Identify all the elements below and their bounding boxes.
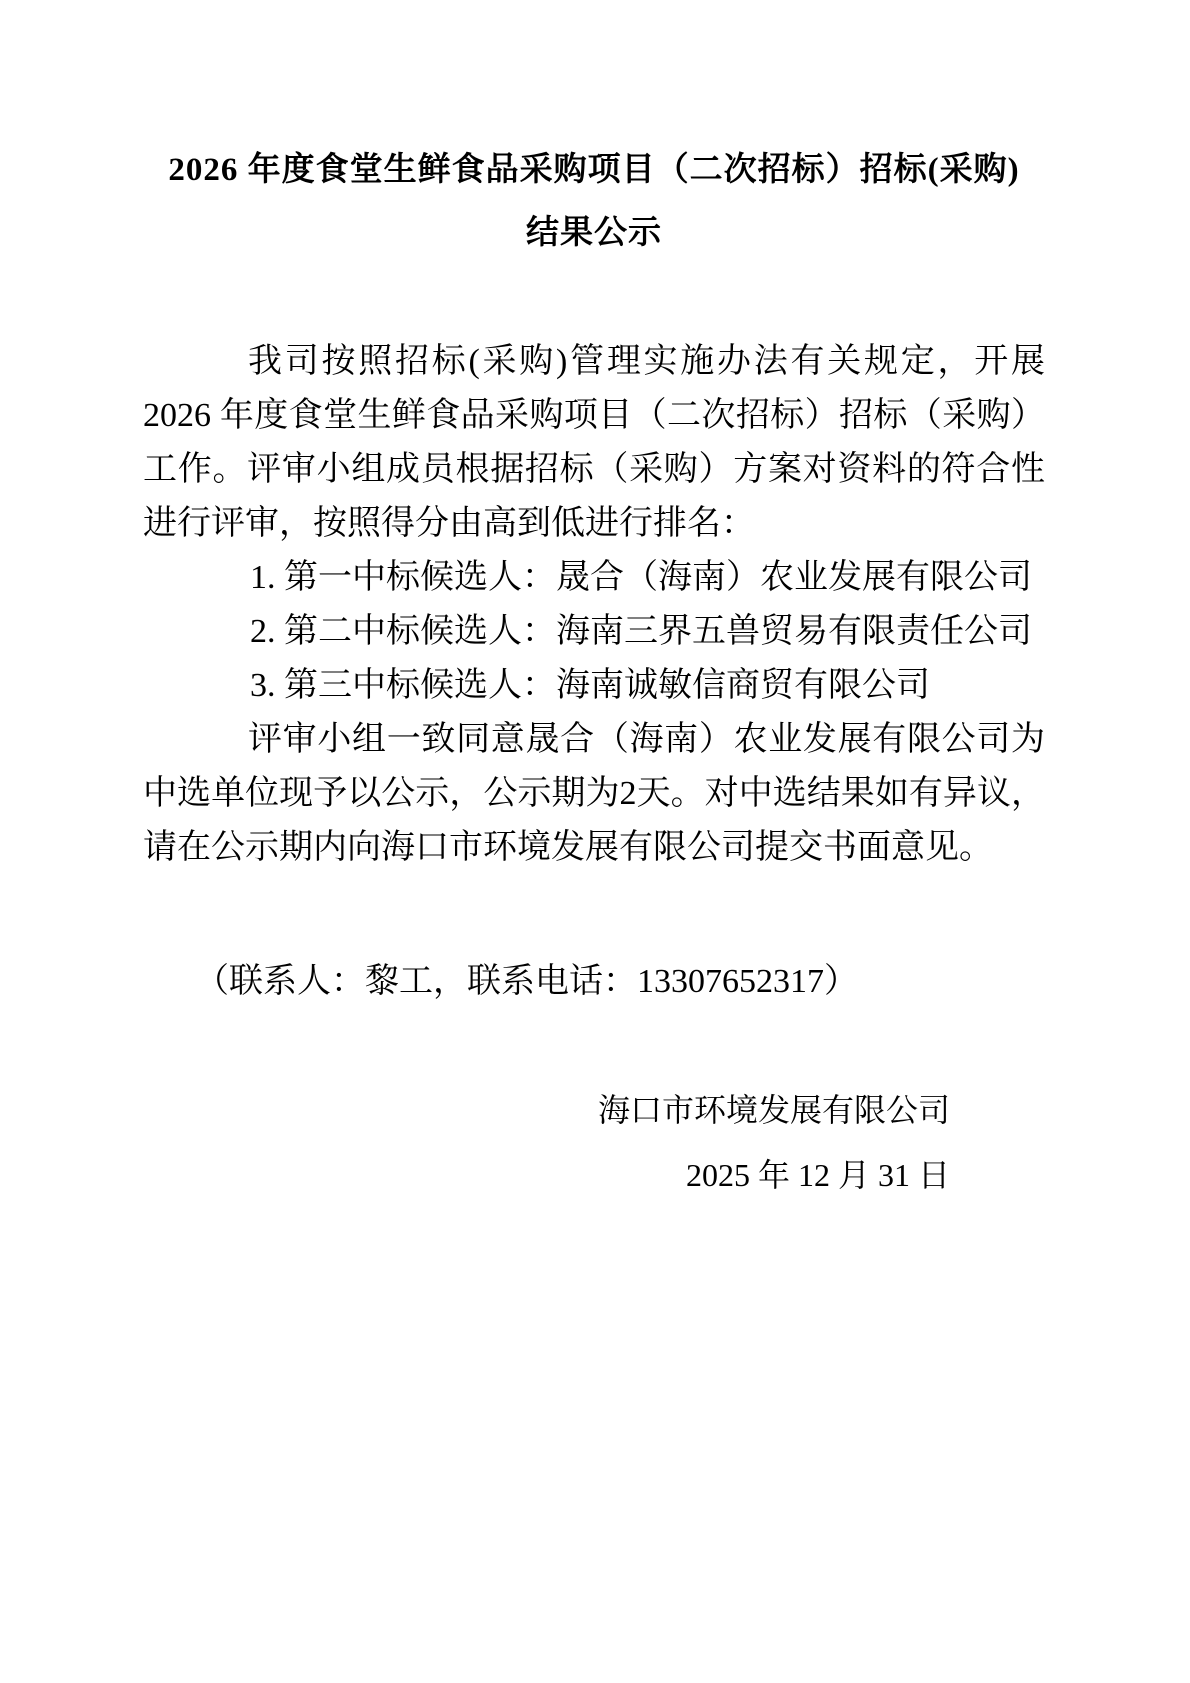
candidate-item-2: 2. 第二中标候选人：海南三界五兽贸易有限责任公司 bbox=[143, 605, 1045, 659]
signature-date: 2025 年 12 月 31 日 bbox=[598, 1143, 950, 1208]
candidate-item-1: 1. 第一中标候选人：晟合（海南）农业发展有限公司 bbox=[143, 551, 1045, 605]
document-page: 2026 年度食堂生鲜食品采购项目（二次招标）招标(采购) 结果公示 我司按照招… bbox=[0, 0, 1190, 1683]
signature-block: 海口市环境发展有限公司 2025 年 12 月 31 日 bbox=[598, 1078, 950, 1208]
document-title: 2026 年度食堂生鲜食品采购项目（二次招标）招标(采购) 结果公示 bbox=[143, 139, 1045, 265]
document-body: 我司按照招标(采购)管理实施办法有关规定，开展 2026 年度食堂生鲜食品采购项… bbox=[143, 335, 1045, 1009]
paragraph-intro: 我司按照招标(采购)管理实施办法有关规定，开展 2026 年度食堂生鲜食品采购项… bbox=[143, 335, 1045, 551]
contact-line: （联系人：黎工，联系电话：13307652317） bbox=[143, 955, 1045, 1009]
title-line-2: 结果公示 bbox=[143, 202, 1045, 265]
candidate-item-3: 3. 第三中标候选人：海南诚敏信商贸有限公司 bbox=[143, 659, 1045, 713]
paragraph-decision: 评审小组一致同意晟合（海南）农业发展有限公司为中选单位现予以公示，公示期为2天。… bbox=[143, 713, 1045, 875]
title-line-1: 2026 年度食堂生鲜食品采购项目（二次招标）招标(采购) bbox=[143, 139, 1045, 202]
signature-company: 海口市环境发展有限公司 bbox=[598, 1078, 950, 1143]
